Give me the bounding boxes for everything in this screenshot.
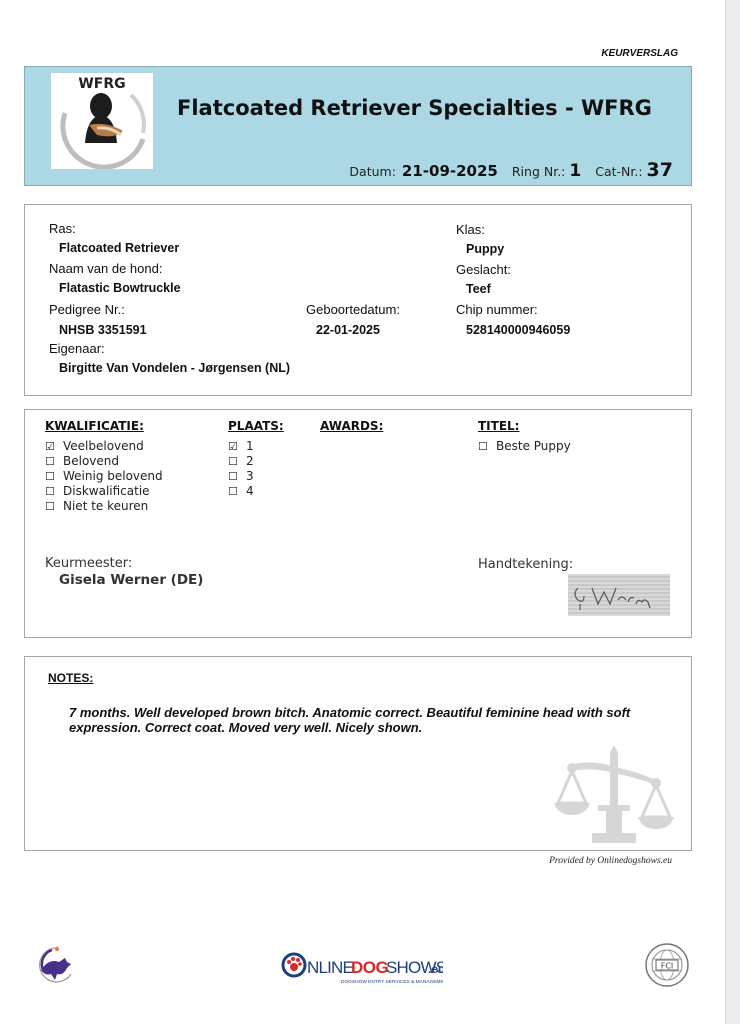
birthdate-label: Geboortedatum: (306, 302, 400, 317)
option-label: Weinig belovend (63, 469, 163, 483)
onlinedogshows-tagline: DOGSHOW ENTRY SERVICES & MANAGEMENT (341, 979, 443, 985)
option-label: Veelbelovend (63, 439, 144, 453)
cat-label: Cat-Nr.: (595, 164, 642, 179)
placement-option[interactable]: ☐3 (228, 469, 254, 484)
signature-image (568, 574, 670, 616)
qualification-heading: KWALIFICATIE: (45, 419, 144, 433)
placement-option[interactable]: ☐2 (228, 454, 254, 469)
option-label: Niet te keuren (63, 499, 148, 513)
ring-value: 1 (569, 161, 581, 181)
title-list: ☐Beste Puppy (478, 439, 571, 454)
scales-of-justice-icon (552, 745, 678, 853)
checkbox-unchecked-icon[interactable]: ☐ (45, 499, 59, 514)
awards-heading: AWARDS: (320, 419, 383, 433)
cat-value: 37 (647, 159, 673, 181)
name-label: Naam van de hond: (49, 261, 162, 276)
pedigree-value: NHSB 3351591 (59, 323, 147, 337)
page-edge (725, 0, 740, 1024)
placement-list: ☑1☐2☐3☐4 (228, 439, 254, 499)
class-label: Klas: (456, 222, 485, 237)
svg-text:NLINE: NLINE (307, 958, 354, 977)
ring-label: Ring Nr.: (512, 164, 566, 179)
class-value: Puppy (466, 242, 504, 256)
checkbox-unchecked-icon[interactable]: ☐ (228, 454, 242, 469)
dog-info-panel: Ras: Flatcoated Retriever Naam van de ho… (24, 204, 692, 396)
owner-label: Eigenaar: (49, 341, 105, 356)
qualification-option[interactable]: ☑Veelbelovend (45, 439, 163, 454)
fci-text: FCI (661, 962, 674, 971)
header-banner: WFRG Flatcoated Retriever Specialties - … (24, 66, 692, 186)
wfrg-logo: WFRG (51, 73, 153, 169)
title-heading: TITEL: (478, 419, 519, 433)
show-meta: Datum:21-09-2025Ring Nr.:1Cat-Nr.:37 (349, 159, 673, 181)
judge-label: Keurmeester: (45, 556, 132, 571)
judging-panel: KWALIFICATIE: ☑Veelbelovend☐Belovend☐Wei… (24, 409, 692, 638)
checkbox-unchecked-icon[interactable]: ☐ (45, 454, 59, 469)
option-label: 1 (246, 439, 254, 453)
qualification-option[interactable]: ☐Diskwalificatie (45, 484, 163, 499)
qualification-option[interactable]: ☐Niet te keuren (45, 499, 163, 514)
fci-logo: FCI (644, 942, 690, 992)
placement-heading: PLAATS: (228, 419, 284, 433)
checkbox-unchecked-icon[interactable]: ☐ (45, 484, 59, 499)
qualification-option[interactable]: ☐Belovend (45, 454, 163, 469)
checkbox-checked-icon[interactable]: ☑ (228, 439, 242, 454)
checkbox-unchecked-icon[interactable]: ☐ (228, 484, 242, 499)
placement-option[interactable]: ☐4 (228, 484, 254, 499)
chip-label: Chip nummer: (456, 302, 538, 317)
option-label: Beste Puppy (496, 439, 571, 453)
checkbox-unchecked-icon[interactable]: ☐ (478, 439, 492, 454)
option-label: 4 (246, 484, 254, 498)
date-value: 21-09-2025 (402, 162, 498, 180)
checkbox-unchecked-icon[interactable]: ☐ (228, 469, 242, 484)
breed-value: Flatcoated Retriever (59, 241, 179, 255)
qualification-option[interactable]: ☐Weinig belovend (45, 469, 163, 484)
provided-by-text: Provided by Onlinedogshows.eu (549, 856, 672, 866)
option-label: Belovend (63, 454, 119, 468)
chip-value: 528140000946059 (466, 323, 570, 337)
notes-panel: NOTES: 7 months. Well developed brown bi… (24, 656, 692, 851)
qualification-list: ☑Veelbelovend☐Belovend☐Weinig belovend☐D… (45, 439, 163, 514)
signature-label: Handtekening: (478, 557, 573, 572)
logo-text: WFRG (78, 76, 125, 92)
name-value: Flatastic Bowtruckle (59, 281, 181, 295)
date-label: Datum: (349, 164, 396, 179)
sex-label: Geslacht: (456, 262, 511, 277)
checkbox-checked-icon[interactable]: ☑ (45, 439, 59, 454)
document-type-label: KEURVERSLAG (601, 48, 678, 59)
show-title: Flatcoated Retriever Specialties - WFRG (177, 95, 657, 121)
notes-heading: NOTES: (48, 671, 93, 685)
breed-label: Ras: (49, 221, 76, 236)
checkbox-unchecked-icon[interactable]: ☐ (45, 469, 59, 484)
svg-text:DOG: DOG (351, 958, 389, 977)
option-label: Diskwalificatie (63, 484, 150, 498)
birthdate-value: 22-01-2025 (316, 323, 380, 337)
option-label: 2 (246, 454, 254, 468)
dog-club-logo (35, 944, 79, 988)
pedigree-label: Pedigree Nr.: (49, 302, 125, 317)
judge-name: Gisela Werner (DE) (59, 572, 203, 588)
notes-text: 7 months. Well developed brown bitch. An… (69, 705, 659, 735)
onlinedogshows-logo: NLINE DOG SHOWS .eu DOGSHOW ENTRY SERVIC… (281, 949, 443, 991)
title-option[interactable]: ☐Beste Puppy (478, 439, 571, 454)
owner-value: Birgitte Van Vondelen - Jørgensen (NL) (59, 361, 290, 375)
placement-option[interactable]: ☑1 (228, 439, 254, 454)
svg-text:.eu: .eu (428, 962, 443, 976)
option-label: 3 (246, 469, 254, 483)
sex-value: Teef (466, 282, 491, 296)
